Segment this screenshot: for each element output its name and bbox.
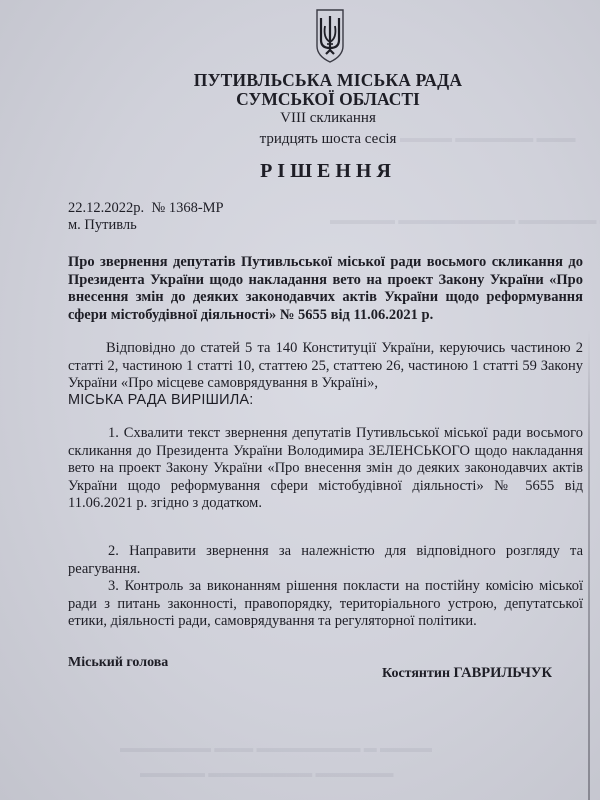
bleed-through-text: ▬▬▬▬▬ ▬▬▬▬▬▬▬▬▬ ▬▬▬▬▬▬ ▬▬ (330, 212, 600, 228)
place: м. Путивль (68, 217, 137, 234)
item-number: 1. (68, 425, 119, 441)
signatory-surname: ГАВРИЛЬЧУК (454, 665, 553, 681)
decision-subject: Про звернення депутатів Путивльської міс… (68, 254, 583, 324)
item-number: 2. (68, 543, 119, 559)
decision-item: 3. Контроль за виконанням рішення поклас… (68, 578, 583, 631)
item-number: 3. (68, 578, 119, 594)
signature-name: Костянтин ГАВРИЛЬЧУК (382, 665, 552, 682)
decision-item: 1. Схвалити текст звернення депутатів Пу… (68, 425, 583, 513)
resolved-statement: МІСЬКА РАДА ВИРІШИЛА: (68, 392, 254, 408)
item-text: Направити звернення за належністю для ві… (68, 543, 583, 577)
page-edge (588, 330, 590, 800)
session: тридцять шоста сесія (28, 131, 600, 148)
convocation: VIII скликання (28, 110, 600, 127)
item-text: Контроль за виконанням рішення покласти … (68, 578, 583, 629)
preamble-text: Відповідно до статей 5 та 140 Конституці… (68, 340, 583, 391)
item-text: Схвалити текст звернення депутатів Путив… (68, 425, 583, 511)
bleed-through-text: ▬▬▬▬▬ ▬▬▬▬▬▬▬▬ ▬▬▬▬▬▬ (140, 765, 394, 781)
preamble: Відповідно до статей 5 та 140 Конституці… (68, 340, 583, 393)
signature-position: Міський голова (68, 655, 168, 671)
document-page: ▬▬▬▬ ▬▬▬▬▬▬ ▬▬▬ ▬▬▬▬▬ ▬▬▬▬▬▬▬▬▬ ▬▬▬▬▬▬ ▬… (0, 0, 600, 800)
date-and-number: 22.12.2022р. № 1368-МР (68, 200, 224, 217)
bleed-through-text: ▬▬▬▬▬▬▬ ▬▬▬ ▬▬▬▬▬▬▬▬ ▬ ▬▬▬▬ (120, 740, 432, 756)
org-name-line-1: ПУТИВЛЬСЬКА МІСЬКА РАДА (28, 70, 600, 91)
org-name-line-2: СУМСЬКОЇ ОБЛАСТІ (28, 89, 600, 110)
decision-item: 2. Направити звернення за належністю для… (68, 543, 583, 578)
document-title: РІШЕННЯ (28, 160, 600, 183)
signatory-first-name: Костянтин (382, 666, 450, 681)
ukrainian-trident-icon (315, 8, 345, 64)
